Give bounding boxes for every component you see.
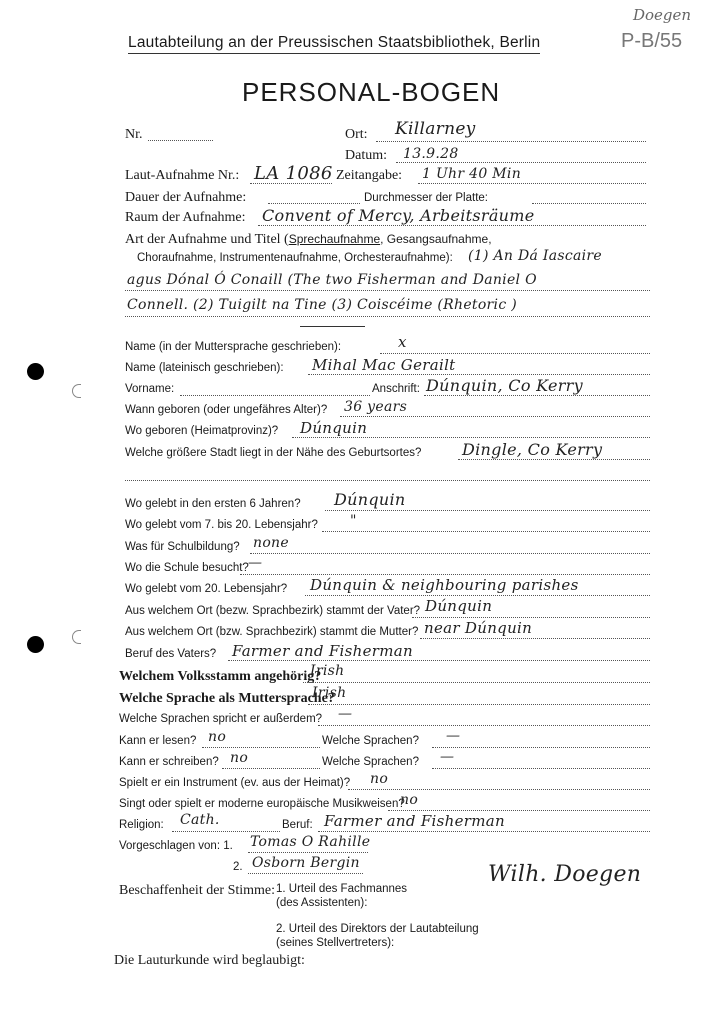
lesen-sprachen-value: — [446,728,460,744]
b7-20-field[interactable] [322,531,650,532]
geboren-label: Wann geboren (oder ungefähres Alter)? [125,404,327,416]
name-latein-label: Name (lateinisch geschrieben): [125,362,284,374]
schreiben-sprachen-value: — [440,749,454,765]
geboren-value: 36 years [344,399,407,415]
anschrift-field[interactable] [424,395,650,396]
mutter-ort-value: near Dúnquin [424,619,532,637]
religion-value: Cath. [180,812,220,828]
stadt-field[interactable] [458,459,650,460]
zeit-label: Zeitangabe: [336,168,402,184]
musik-value: no [400,792,418,808]
archive-stamp: Doegen P-B/55 [621,4,721,64]
nr-field[interactable] [148,140,213,141]
name-mutter-label: Name (in der Muttersprache geschrieben): [125,341,341,353]
lesen-field[interactable] [202,747,320,748]
religion-label: Religion: [119,819,164,831]
muttersprache-field[interactable] [308,704,650,705]
datum-value: 13.9.28 [403,146,459,162]
punch-hole-bottom [27,636,44,653]
stamp-reference: P-B/55 [621,30,682,53]
beglaubigt-label: Die Lauturkunde wird beglaubigt: [114,953,305,969]
raum-field[interactable] [258,225,646,226]
dauer-label: Dauer der Aufnahme: [125,190,246,206]
volksstamm-label: Welchem Volksstamm angehörig? [119,669,321,685]
volksstamm-value: Irish [310,663,344,679]
punch-hole-top [27,363,44,380]
musik-field[interactable] [388,810,650,811]
beruf-vater-value: Farmer and Fisherman [232,642,413,660]
urteil1-line2: (des Assistenten): [276,897,367,909]
schule-label: Wo die Schule besucht? [125,562,249,574]
zeit-field[interactable] [418,183,646,184]
director-signature: Wilh. Doegen [488,862,641,887]
ort-value: Killarney [395,119,476,139]
wo-geboren-label: Wo geboren (Heimatprovinz)? [125,425,278,437]
laut-nr-label: Laut-Aufnahme Nr.: [125,168,239,184]
vater-ort-value: Dúnquin [425,597,492,615]
vorgeschlagen-2-value: Osborn Bergin [252,855,360,871]
erste6-field[interactable] [325,510,650,511]
vorgeschlagen-label: Vorgeschlagen von: 1. [119,840,233,852]
institution-header: Lautabteilung an der Preussischen Staats… [128,34,540,54]
durchmesser-field[interactable] [532,203,646,204]
durchmesser-label: Durchmesser der Platte: [364,192,488,204]
lesen-sprachen-label: Welche Sprachen? [322,735,419,747]
ab20-label: Wo gelebt vom 20. Lebensjahr? [125,583,287,595]
lesen-label: Kann er lesen? [119,735,196,747]
punch-mark-bottom [72,630,81,644]
wo-geboren-field[interactable] [292,437,650,438]
lesen-sprachen-field[interactable] [432,747,650,748]
stamp-name: Doegen [633,6,691,24]
art-value-line1: (1) An Dá Iascaire [468,248,602,264]
beruf-vater-label: Beruf des Vaters? [125,648,216,660]
name-latein-field[interactable] [308,374,650,375]
vater-ort-field[interactable] [412,617,650,618]
schreiben-sprachen-label: Welche Sprachen? [322,756,419,768]
ort-field[interactable] [376,141,646,142]
datum-field[interactable] [396,162,646,163]
art-label-line2: Choraufnahme, Instrumentenaufnahme, Orch… [137,252,453,264]
section-divider [300,326,365,327]
ausserdem-field[interactable] [318,725,650,726]
schreiben-value: no [230,750,248,766]
mutter-ort-field[interactable] [420,638,650,639]
raum-value: Convent of Mercy, Arbeitsräume [262,206,535,225]
art-field-line2[interactable] [125,290,650,291]
volksstamm-field[interactable] [303,682,650,683]
vorgeschlagen-1-field[interactable] [248,852,368,853]
punch-mark-top [72,384,81,398]
schulbildung-field[interactable] [250,553,650,554]
art-field-line3[interactable] [125,316,650,317]
geboren-field[interactable] [340,416,650,417]
urteil1-line1: 1. Urteil des Fachmannes [276,883,407,895]
b7-20-value: " [350,513,357,529]
religion-field[interactable] [172,831,280,832]
ort-label: Ort: [345,127,368,143]
art-label: Art der Aufnahme und Titel (Sprechaufnah… [125,232,492,248]
schule-field[interactable] [240,574,650,575]
nr-label: Nr. [125,127,143,143]
vorgeschlagen-2-num: 2. [233,861,243,873]
dauer-field[interactable] [268,203,360,204]
anschrift-value: Dúnquin, Co Kerry [426,376,583,395]
schule-value: — [248,555,262,571]
schreiben-field[interactable] [222,768,320,769]
schreiben-label: Kann er schreiben? [119,756,219,768]
ausserdem-label: Welche Sprachen spricht er außerdem? [119,713,322,725]
vorgeschlagen-2-field[interactable] [248,873,363,874]
zeit-value: 1 Uhr 40 Min [422,166,521,182]
laut-nr-value: LA 1086 [254,163,333,184]
name-latein-value: Mihal Mac Gerailt [312,356,456,374]
musik-label: Singt oder spielt er moderne europäische… [119,798,405,810]
vater-ort-label: Aus welchem Ort (bezw. Sprachbezirk) sta… [125,605,420,617]
lesen-value: no [208,729,226,745]
urteil2-line2: (seines Stellvertreters): [276,937,394,949]
b7-20-label: Wo gelebt vom 7. bis 20. Lebensjahr? [125,519,318,531]
name-mutter-value: x [398,333,407,351]
muttersprache-label: Welche Sprache als Muttersprache? [119,691,335,707]
raum-label: Raum der Aufnahme: [125,210,246,226]
mutter-ort-label: Aus welchem Ort (bzw. Sprachbezirk) stam… [125,626,418,638]
beruf-field[interactable] [318,831,650,832]
vorname-field[interactable] [180,395,370,396]
art-value-line2: agus Dónal Ó Conaill (The two Fisherman … [127,272,537,288]
urteil2-line1: 2. Urteil des Direktors der Lautabteilun… [276,923,479,935]
muttersprache-value: Irish [312,685,346,701]
ab20-field[interactable] [305,595,650,596]
beruf-value: Farmer and Fisherman [324,812,505,830]
schulbildung-value: none [253,535,289,551]
stadt-value: Dingle, Co Kerry [462,440,602,459]
ausserdem-value: — [338,706,352,722]
art-value-line3: Connell. (2) Tuigilt na Tine (3) Coiscéi… [127,297,517,313]
instrument-value: no [370,771,388,787]
schreiben-sprachen-field[interactable] [432,768,650,769]
instrument-field[interactable] [348,789,650,790]
page-title: PERSONAL-BOGEN [242,77,500,108]
stimme-label: Beschaffenheit der Stimme: [119,883,275,899]
stadt-label: Welche größere Stadt liegt in der Nähe d… [125,447,421,459]
ab20-value: Dúnquin & neighbouring parishes [310,576,579,594]
instrument-label: Spielt er ein Instrument (ev. aus der He… [119,777,350,789]
erste6-value: Dúnquin [334,490,406,509]
vorgeschlagen-1-value: Tomas O Rahille [250,834,370,850]
datum-label: Datum: [345,148,387,164]
schulbildung-label: Was für Schulbildung? [125,541,240,553]
erste6-label: Wo gelebt in den ersten 6 Jahren? [125,498,301,510]
vorname-label: Vorname: [125,383,174,395]
wo-geboren-value: Dúnquin [300,419,367,437]
art-underlined-option: Sprechaufnahme [289,232,380,246]
name-mutter-field[interactable] [380,353,650,354]
beruf-label: Beruf: [282,819,313,831]
anschrift-label: Anschrift: [372,383,420,395]
stadt-field-extra[interactable] [125,480,650,481]
beruf-vater-field[interactable] [228,660,650,661]
